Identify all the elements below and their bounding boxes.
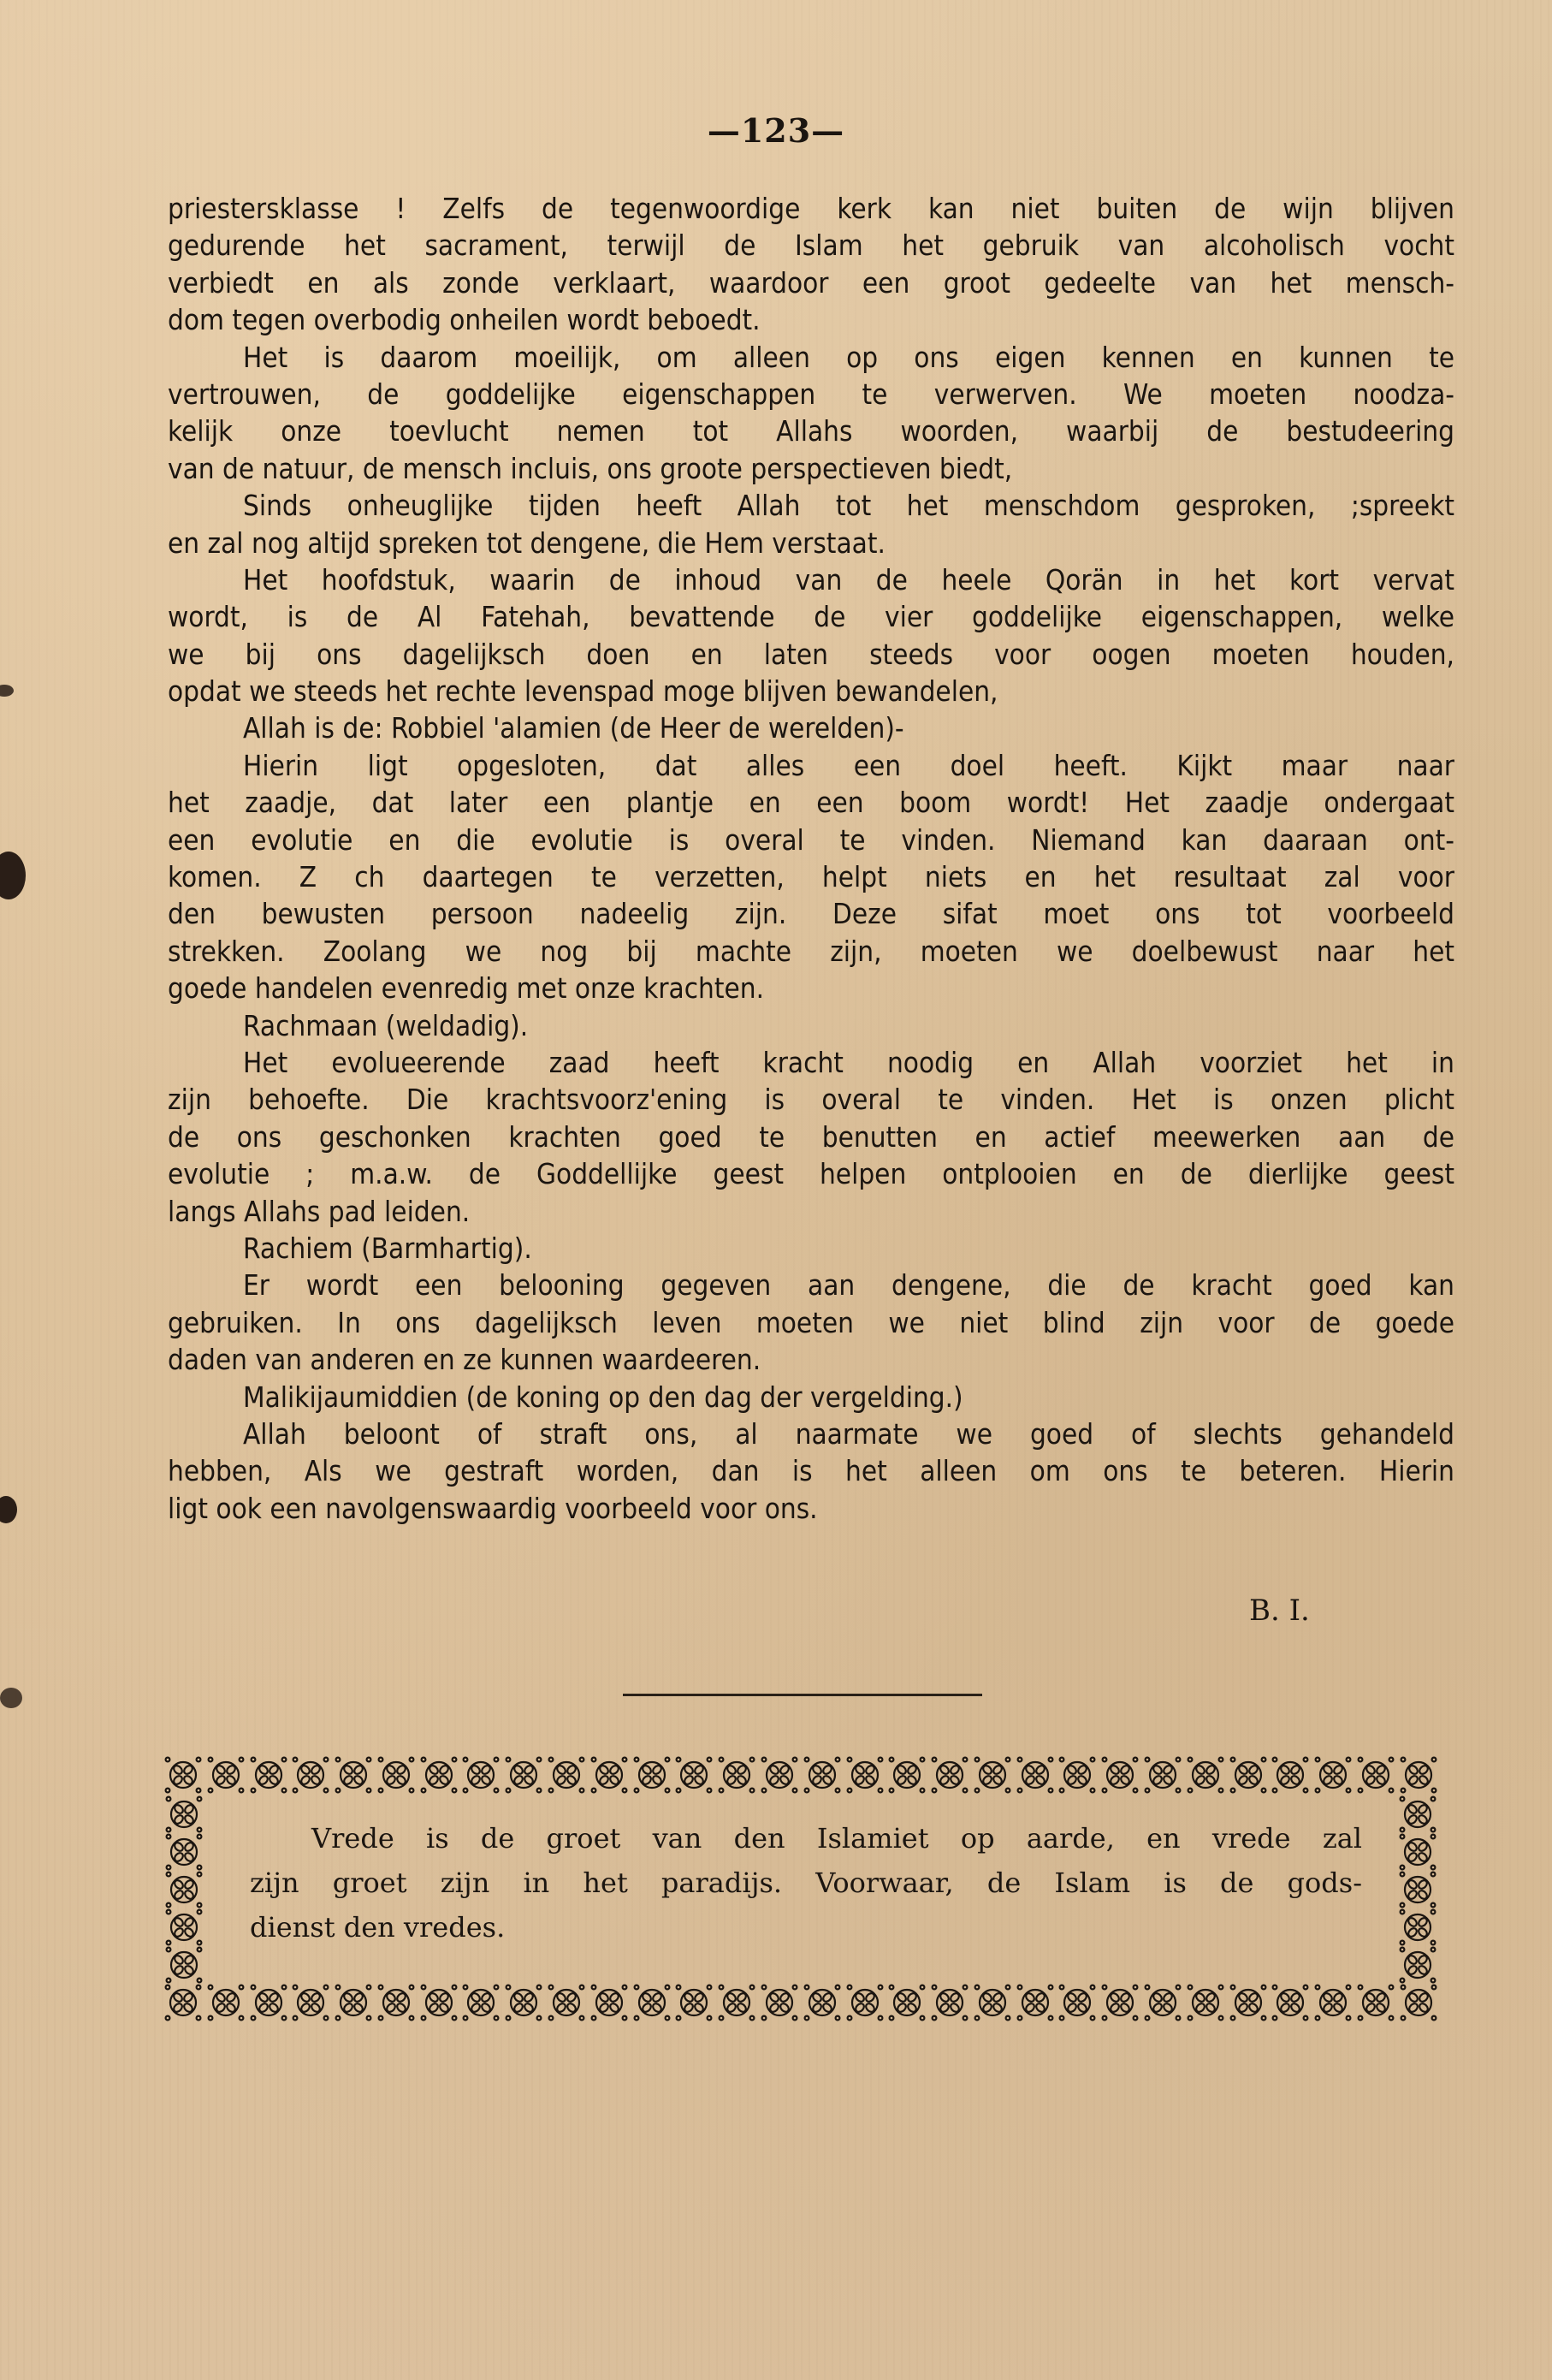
text-line: gebruiken. In ons dagelijksch leven moet…: [168, 1304, 1454, 1341]
text-line: strekken. Zoolang we nog bij machte zijn…: [168, 933, 1454, 970]
text-line: vertrouwen, de goddelijke eigenschappen …: [168, 376, 1454, 412]
quote-line: dienst den vredes.: [250, 1905, 1362, 1950]
quatrefoil-ornament-icon: [1229, 1984, 1267, 2021]
quatrefoil-ornament-icon: [165, 1946, 203, 1984]
quatrefoil-ornament-icon: [462, 1984, 500, 2021]
boxed-quote-text: Vrede is de groet van den Islamiet op aa…: [250, 1816, 1362, 1950]
quatrefoil-ornament-icon: [548, 1984, 585, 2021]
quatrefoil-ornament-icon: [1399, 1908, 1436, 1946]
ornament-border-bottom: [164, 1984, 1437, 2023]
quatrefoil-ornament-icon: [164, 1984, 202, 2021]
ornament-border-left: [164, 1795, 204, 1984]
quatrefoil-ornament-icon: [633, 1984, 671, 2021]
text-line: komen. Z ch daartegen te verzetten, help…: [168, 858, 1454, 895]
ornament-border-top: [164, 1756, 1437, 1795]
quote-line: zijn groet zijn in het paradijs. Voorwaa…: [250, 1861, 1362, 1905]
quatrefoil-ornament-icon: [633, 1756, 671, 1794]
attribute-heading: Rachmaan (weldadig).: [168, 1007, 1454, 1044]
quatrefoil-ornament-icon: [1016, 1984, 1054, 2021]
text-line: het zaadje, dat later een plantje en een…: [168, 784, 1454, 821]
quatrefoil-ornament-icon: [846, 1984, 884, 2021]
page-number: —123—: [0, 111, 1552, 150]
quatrefoil-ornament-icon: [377, 1756, 415, 1794]
quatrefoil-ornament-icon: [1400, 1984, 1437, 2021]
quatrefoil-ornament-icon: [1400, 1756, 1437, 1794]
quatrefoil-ornament-icon: [931, 1756, 969, 1794]
quatrefoil-ornament-icon: [931, 1984, 969, 2021]
quatrefoil-ornament-icon: [462, 1756, 500, 1794]
text-line: Hierin ligt opgesloten, dat alles een do…: [168, 747, 1454, 784]
binding-hole-mark: [0, 685, 14, 697]
quatrefoil-ornament-icon: [1229, 1756, 1267, 1794]
quatrefoil-ornament-icon: [590, 1984, 628, 2021]
ornamental-quote-box: Vrede is de groet van den Islamiet op aa…: [164, 1756, 1437, 2023]
quatrefoil-ornament-icon: [505, 1984, 542, 2021]
quatrefoil-ornament-icon: [335, 1984, 372, 2021]
quatrefoil-ornament-icon: [1271, 1756, 1309, 1794]
text-line: gedurende het sacrament, terwijl de Isla…: [168, 227, 1454, 264]
quatrefoil-ornament-icon: [974, 1984, 1011, 2021]
quatrefoil-ornament-icon: [1399, 1833, 1436, 1871]
quatrefoil-ornament-icon: [888, 1984, 926, 2021]
text-line: we bij ons dagelijksch doen en laten ste…: [168, 636, 1454, 673]
text-line: de ons geschonken krachten goed te benut…: [168, 1119, 1454, 1155]
quatrefoil-ornament-icon: [165, 1871, 203, 1908]
quatrefoil-ornament-icon: [292, 1984, 329, 2021]
quatrefoil-ornament-icon: [1016, 1756, 1054, 1794]
text-line: hebben, Als we gestraft worden, dan is h…: [168, 1452, 1454, 1489]
text-line: Allah beloont of straft ons, al naarmate…: [168, 1416, 1454, 1452]
text-line: priestersklasse ! Zelfs de tegenwoordige…: [168, 190, 1454, 227]
quatrefoil-ornament-icon: [1101, 1756, 1139, 1794]
quatrefoil-ornament-icon: [165, 1833, 203, 1871]
quatrefoil-ornament-icon: [377, 1984, 415, 2021]
text-line: Het is daarom moeilijk, om alleen op ons…: [168, 339, 1454, 376]
quatrefoil-ornament-icon: [1314, 1984, 1352, 2021]
quatrefoil-ornament-icon: [335, 1756, 372, 1794]
attribute-heading: Malikijaumiddien (de koning op den dag d…: [168, 1379, 1454, 1416]
text-line: langs Allahs pad leiden.: [168, 1193, 1454, 1230]
quatrefoil-ornament-icon: [1144, 1756, 1182, 1794]
quatrefoil-ornament-icon: [675, 1984, 713, 2021]
quatrefoil-ornament-icon: [718, 1756, 755, 1794]
text-line: wordt, is de Al Fatehah, bevattende de v…: [168, 598, 1454, 635]
quatrefoil-ornament-icon: [420, 1756, 458, 1794]
text-line: goede handelen evenredig met onze kracht…: [168, 970, 1454, 1006]
quatrefoil-ornament-icon: [1101, 1984, 1139, 2021]
quatrefoil-ornament-icon: [803, 1756, 841, 1794]
quatrefoil-ornament-icon: [1058, 1984, 1096, 2021]
quatrefoil-ornament-icon: [1399, 1946, 1436, 1984]
text-line: dom tegen overbodig onheilen wordt beboe…: [168, 301, 1454, 338]
quatrefoil-ornament-icon: [761, 1756, 798, 1794]
quatrefoil-ornament-icon: [1399, 1871, 1436, 1908]
quatrefoil-ornament-icon: [250, 1984, 287, 2021]
text-line: daden van anderen en ze kunnen waardeere…: [168, 1341, 1454, 1378]
text-line: en zal nog altijd spreken tot dengene, d…: [168, 525, 1454, 561]
quatrefoil-ornament-icon: [1058, 1756, 1096, 1794]
text-line: Er wordt een belooning gegeven aan denge…: [168, 1267, 1454, 1303]
quatrefoil-ornament-icon: [1357, 1756, 1395, 1794]
text-line: evolutie ; m.a.w. de Goddellijke geest h…: [168, 1155, 1454, 1192]
quatrefoil-ornament-icon: [1357, 1984, 1395, 2021]
text-line: opdat we steeds het rechte levenspad mog…: [168, 673, 1454, 709]
text-line: een evolutie en die evolutie is overal t…: [168, 822, 1454, 858]
binding-hole-mark: [0, 1496, 17, 1523]
binding-hole-mark: [0, 1688, 22, 1708]
text-line: Sinds onheuglijke tijden heeft Allah tot…: [168, 487, 1454, 524]
article-body: priestersklasse ! Zelfs de tegenwoordige…: [168, 190, 1454, 1527]
attribute-heading: Rachiem (Barmhartig).: [168, 1230, 1454, 1267]
quatrefoil-ornament-icon: [1187, 1984, 1224, 2021]
quatrefoil-ornament-icon: [164, 1756, 202, 1794]
author-initials: B. I.: [1249, 1594, 1310, 1628]
quatrefoil-ornament-icon: [207, 1756, 245, 1794]
attribute-heading: Allah is de: Robbiel 'alamien (de Heer d…: [168, 709, 1454, 746]
quatrefoil-ornament-icon: [165, 1908, 203, 1946]
quatrefoil-ornament-icon: [718, 1984, 755, 2021]
text-line: verbiedt en als zonde verklaart, waardoo…: [168, 264, 1454, 301]
binding-hole-mark: [0, 852, 26, 899]
quatrefoil-ornament-icon: [1187, 1756, 1224, 1794]
quatrefoil-ornament-icon: [590, 1756, 628, 1794]
text-line: Het evolueerende zaad heeft kracht noodi…: [168, 1044, 1454, 1081]
divider-rule: [623, 1694, 982, 1696]
quote-line: Vrede is de groet van den Islamiet op aa…: [250, 1816, 1362, 1861]
quatrefoil-ornament-icon: [292, 1756, 329, 1794]
quatrefoil-ornament-icon: [1399, 1795, 1436, 1833]
quatrefoil-ornament-icon: [548, 1756, 585, 1794]
quatrefoil-ornament-icon: [803, 1984, 841, 2021]
quatrefoil-ornament-icon: [974, 1756, 1011, 1794]
text-line: ligt ook een navolgenswaardig voorbeeld …: [168, 1490, 1454, 1527]
quatrefoil-ornament-icon: [250, 1756, 287, 1794]
text-line: Het hoofdstuk, waarin de inhoud van de h…: [168, 561, 1454, 598]
quatrefoil-ornament-icon: [505, 1756, 542, 1794]
text-line: van de natuur, de mensch incluis, ons gr…: [168, 450, 1454, 487]
ornament-border-right: [1398, 1795, 1437, 1984]
quatrefoil-ornament-icon: [888, 1756, 926, 1794]
quatrefoil-ornament-icon: [207, 1984, 245, 2021]
quatrefoil-ornament-icon: [1144, 1984, 1182, 2021]
quatrefoil-ornament-icon: [675, 1756, 713, 1794]
quatrefoil-ornament-icon: [761, 1984, 798, 2021]
text-line: den bewusten persoon nadeelig zijn. Deze…: [168, 895, 1454, 932]
text-line: kelijk onze toevlucht nemen tot Allahs w…: [168, 412, 1454, 449]
quatrefoil-ornament-icon: [1271, 1984, 1309, 2021]
quatrefoil-ornament-icon: [420, 1984, 458, 2021]
quatrefoil-ornament-icon: [1314, 1756, 1352, 1794]
quatrefoil-ornament-icon: [165, 1795, 203, 1833]
text-line: zijn behoefte. Die krachtsvoorz'ening is…: [168, 1081, 1454, 1118]
quatrefoil-ornament-icon: [846, 1756, 884, 1794]
